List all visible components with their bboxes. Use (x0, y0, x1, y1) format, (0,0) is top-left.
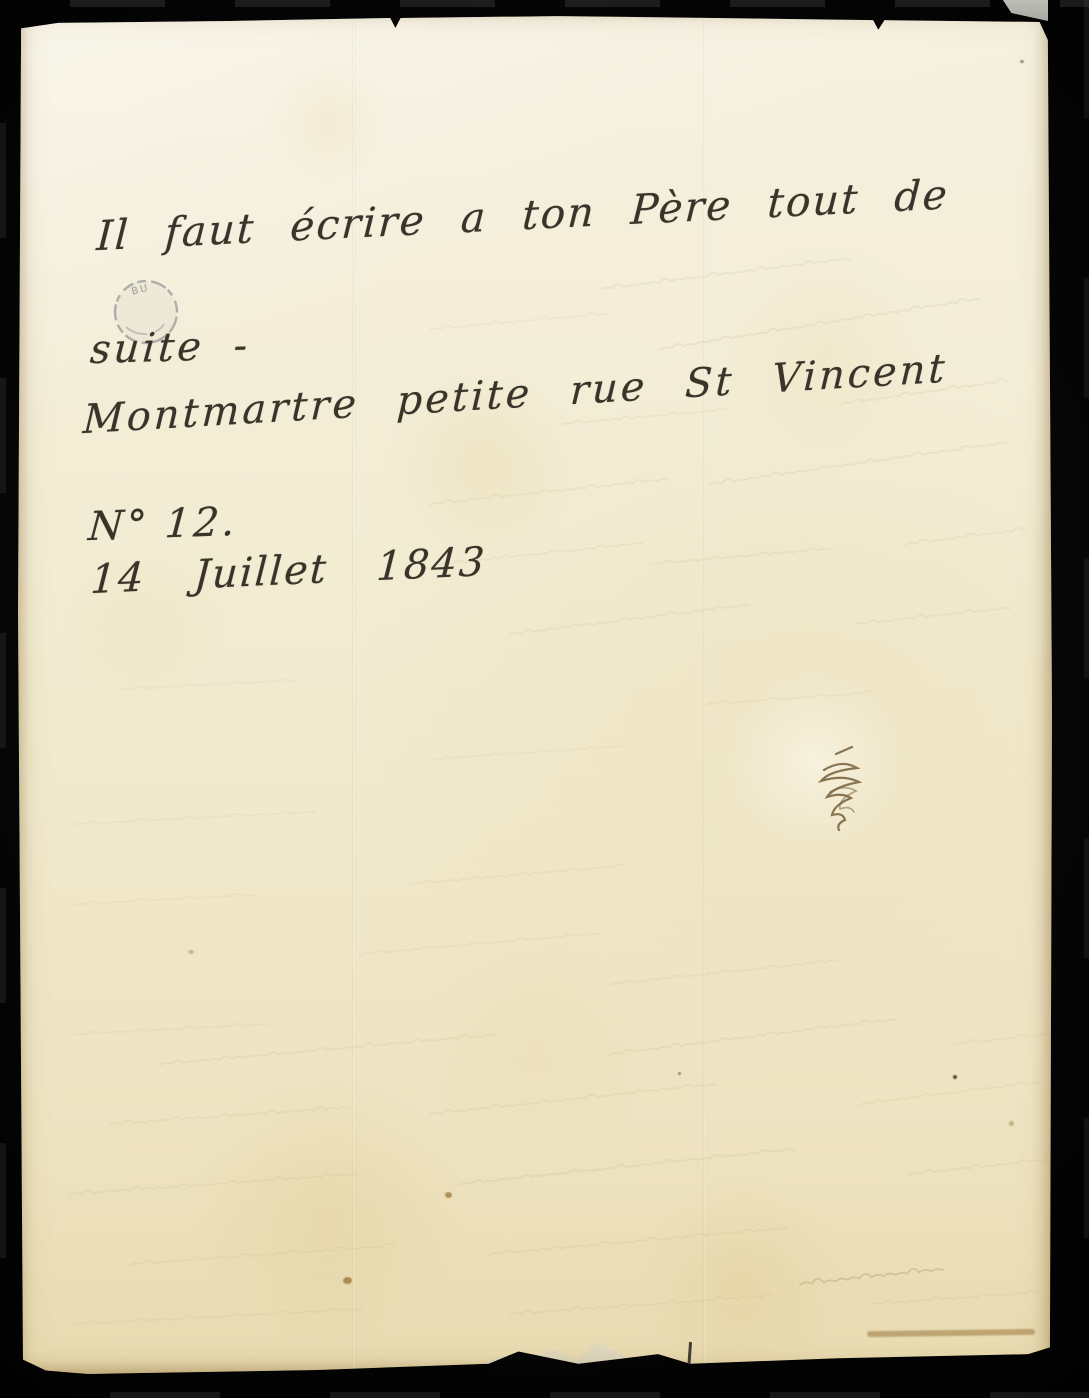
bleedthrough-line (955, 1031, 1052, 1045)
mount-border-left (0, 0, 6, 1398)
bleedthrough-line (70, 1172, 358, 1195)
bleedthrough-line (905, 527, 1024, 545)
mount-border-bottom (0, 1392, 1089, 1398)
foxing-spot (1009, 1121, 1014, 1126)
bleedthrough-line (120, 678, 300, 690)
bleedthrough-line (460, 1147, 794, 1185)
bleedthrough-line (870, 1290, 1038, 1305)
bleedthrough-line (160, 1033, 495, 1065)
foxing-spot (188, 950, 194, 954)
bleedthrough-line (75, 1022, 267, 1035)
bleedthrough-line (600, 256, 851, 290)
bleedthrough-line (510, 1293, 774, 1315)
letter-page: BU Il faut écrire a ton Père tout de sui… (18, 12, 1052, 1376)
photo-background: BU Il faut écrire a ton Père tout de sui… (0, 0, 1089, 1398)
bleedthrough-line (710, 440, 1008, 485)
handwritten-line-date: 14 Juillet 1843 (89, 539, 487, 603)
bleedthrough-line (660, 296, 981, 350)
ink-speck (953, 1075, 957, 1079)
ink-monogram-scribble (821, 747, 859, 830)
bleedthrough-line (855, 606, 1010, 625)
bleedthrough-line (75, 893, 255, 905)
foxing-spot (678, 1072, 681, 1075)
handwritten-line-1: Il faut écrire a ton Père tout de (95, 170, 950, 260)
bleedthrough-line (75, 1307, 363, 1325)
verso-ink-streak (867, 1329, 1035, 1337)
mount-border-top (0, 0, 1089, 7)
bleedthrough-line (510, 603, 749, 635)
bleedthrough-line (410, 864, 625, 885)
bleedthrough-line (860, 1080, 1039, 1105)
bleedthrough-line (430, 1082, 717, 1115)
bleedthrough-line (430, 312, 610, 330)
foxing-spot (445, 1192, 452, 1198)
bleedthrough-line (430, 477, 669, 505)
bleedthrough-line (75, 810, 315, 825)
bleedthrough-line (800, 1266, 944, 1285)
ink-monogram-scribble-echo (830, 788, 856, 812)
bleedthrough-line (430, 745, 622, 760)
bleedthrough-line (490, 1226, 789, 1255)
foxing-spot (343, 1277, 352, 1284)
handwritten-line-number: N° 12. (87, 499, 239, 550)
bleedthrough-line (610, 959, 837, 985)
bleedthrough-line (910, 1157, 1052, 1175)
bottom-edge-crack (687, 1342, 692, 1372)
bottom-edge-tear (470, 1334, 675, 1376)
bleedthrough-line (360, 931, 599, 955)
bleedthrough-line (705, 691, 873, 705)
bleedthrough-line (110, 1105, 350, 1125)
bleedthrough-line (130, 1243, 394, 1265)
bleedthrough-line (610, 1017, 896, 1055)
ink-speck (1020, 60, 1024, 63)
bleedthrough-line (650, 547, 830, 565)
mount-border-right (1084, 0, 1089, 1398)
backing-corner-patch (1001, 0, 1048, 21)
handwritten-line-2: suite - (88, 323, 252, 374)
